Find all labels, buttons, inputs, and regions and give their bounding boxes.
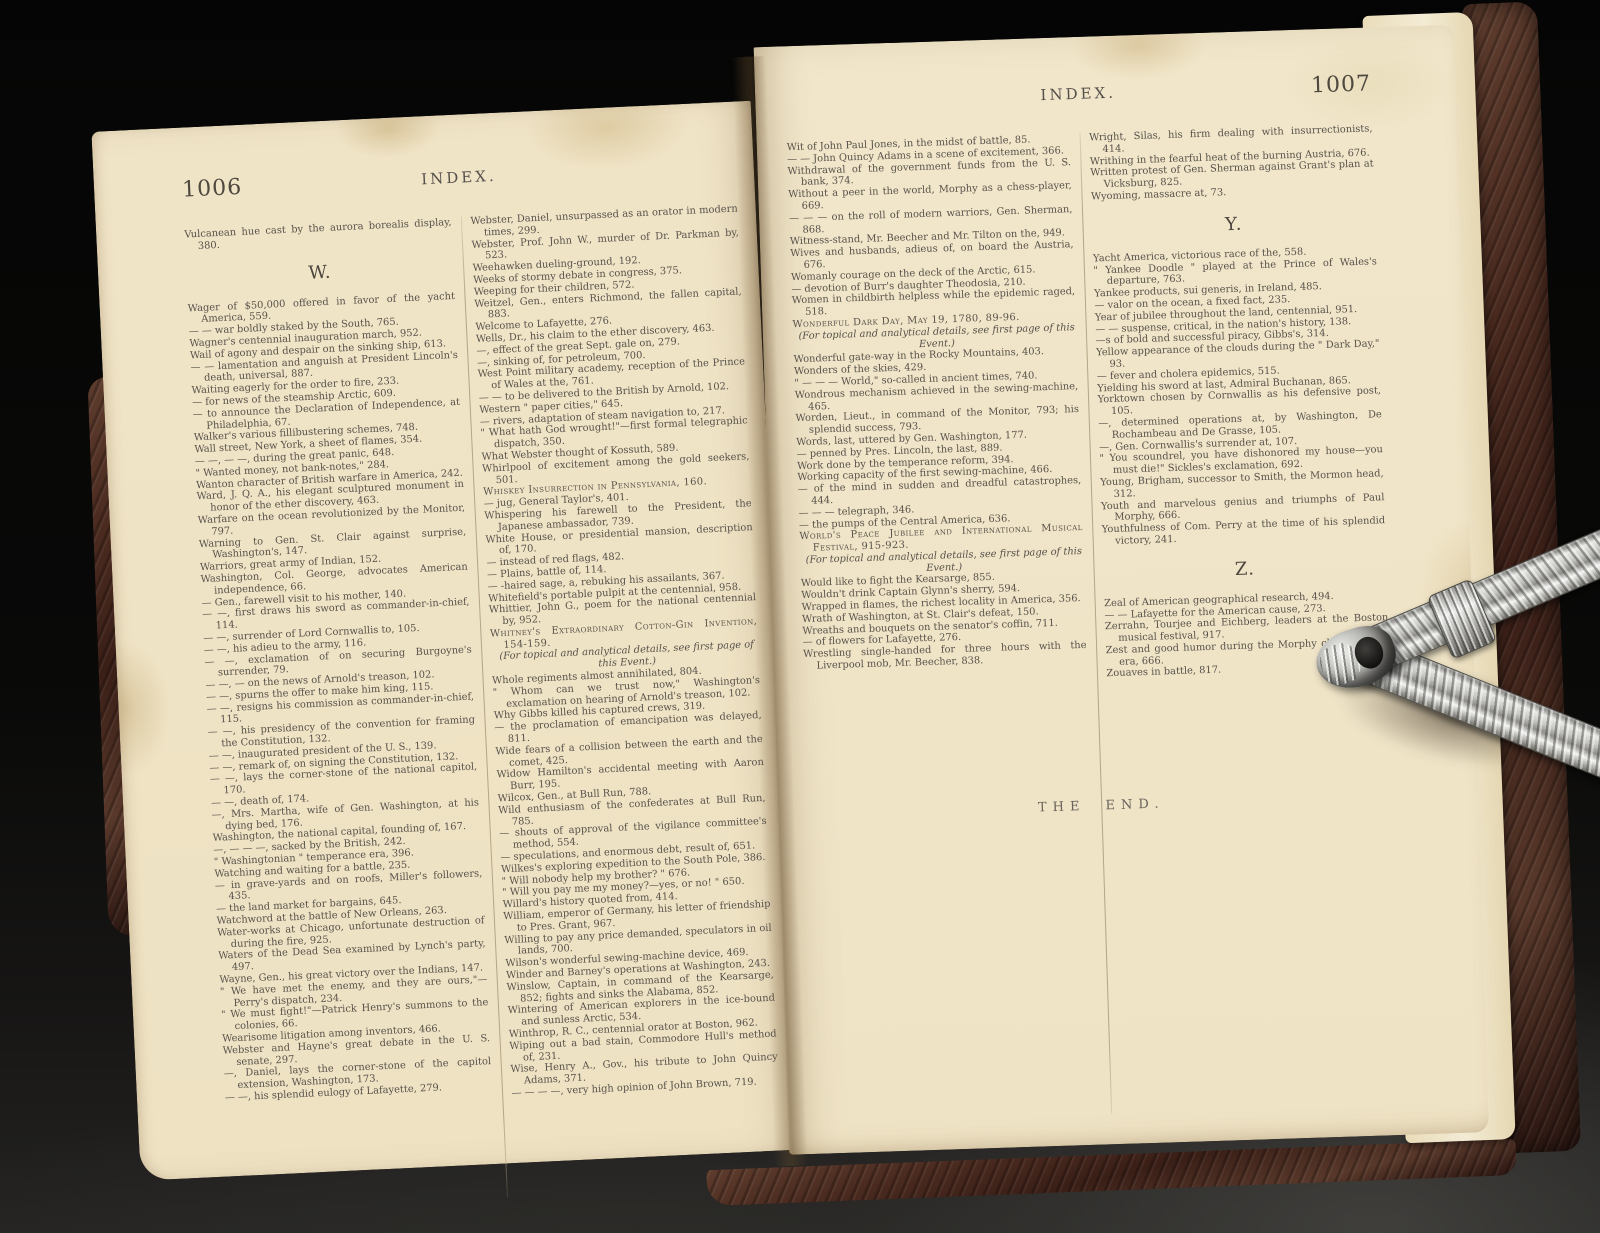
index-column-1: Vulcanean hue cast by the aurora boreali… (184, 217, 497, 1211)
page-header-right: INDEX. 1007 (785, 71, 1372, 120)
index-columns-left-page: Vulcanean hue cast by the aurora boreali… (184, 203, 784, 1210)
photo-background: 1006 INDEX. Vulcanean hue cast by the au… (0, 0, 1600, 1233)
index-column-2: Webster, Daniel, unsurpassed as an orato… (470, 203, 783, 1197)
index-section-heading: W. (186, 257, 454, 290)
page-1006: 1006 INDEX. Vulcanean hue cast by the au… (91, 101, 800, 1181)
page-header-left: 1006 INDEX. (182, 152, 737, 208)
book-clasp (1300, 535, 1600, 820)
index-entry: Vulcanean hue cast by the aurora boreali… (184, 217, 452, 253)
page-number-right: 1007 (1311, 71, 1372, 98)
running-head-right: INDEX. (785, 75, 1371, 112)
running-head-left: INDEX. (182, 156, 736, 200)
index-section-heading: Y. (1092, 210, 1376, 239)
index-column-3: Wit of John Paul Jones, in the midst of … (787, 133, 1102, 1124)
